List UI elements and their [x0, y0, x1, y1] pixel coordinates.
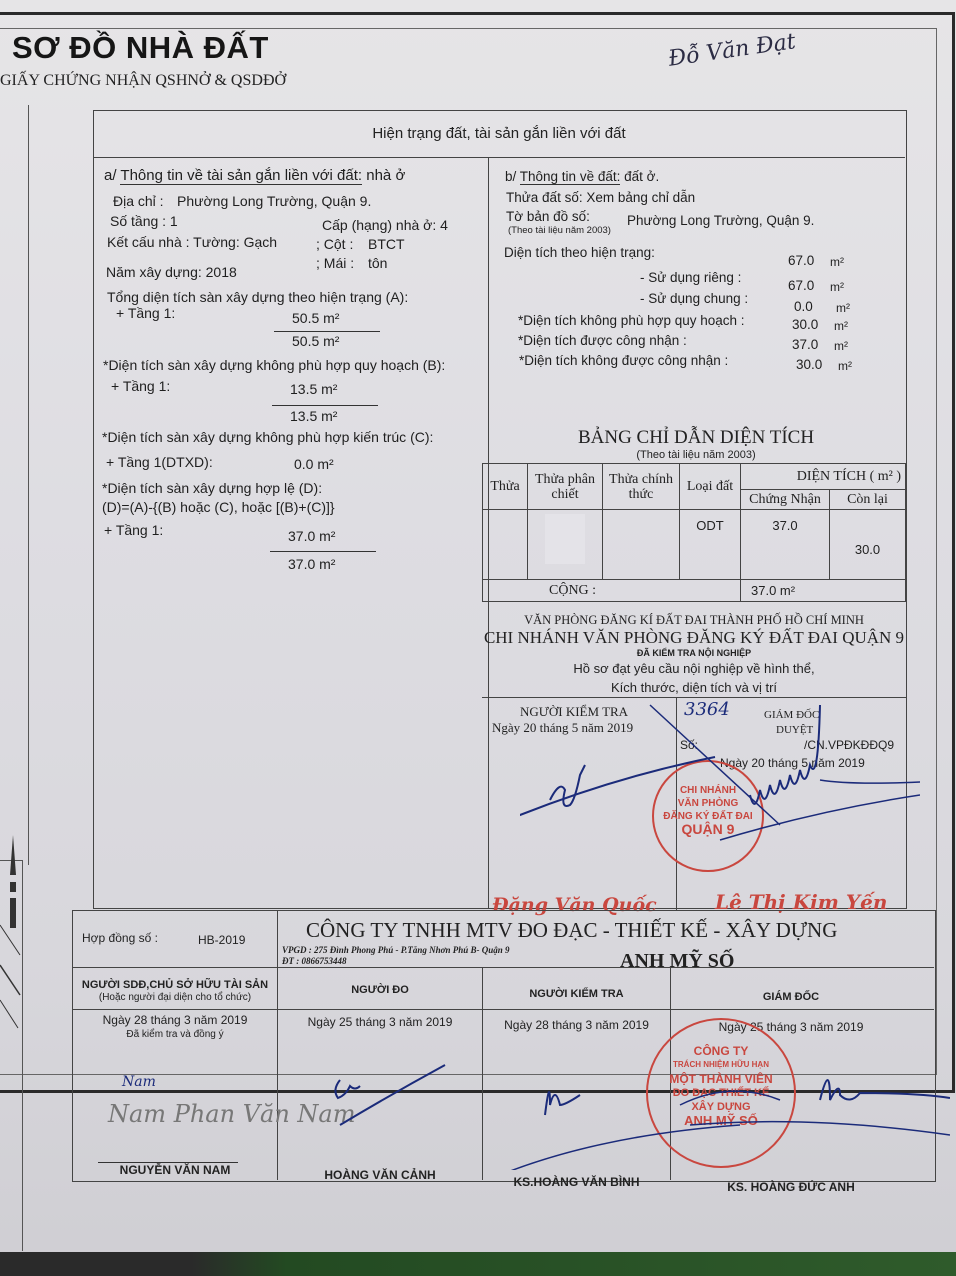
section-b-heading-value: đất ở.	[624, 169, 659, 184]
office-name-city: VĂN PHÒNG ĐĂNG KÍ ĐẤT ĐAI THÀNH PHỐ HỒ C…	[482, 613, 906, 628]
sig-col-surveyor-date: Ngày 25 tháng 3 năm 2019	[278, 1015, 482, 1029]
divider	[72, 1009, 934, 1010]
land-area-label: *Diện tích được công nhận :	[518, 333, 687, 348]
sig-col-surveyor-name: HOÀNG VĂN CẢNH	[278, 1168, 482, 1182]
map-sheet-note: (Theo tài liệu năm 2003)	[508, 225, 611, 236]
sum-line	[272, 405, 378, 406]
sig-col-owner-subtitle: (Hoặc người đại diện cho tổ chức)	[74, 992, 276, 1003]
contract-value: HB-2019	[198, 933, 245, 947]
company-address: VPGD : 275 Đình Phong Phú - P.Tăng Nhơn …	[282, 945, 509, 955]
b-area-label: *Diện tích sàn xây dựng không phù hợp qu…	[103, 357, 445, 373]
c-area-label: *Diện tích sàn xây dựng không phù hợp ki…	[102, 429, 433, 445]
owner-handwriting-top: Nam	[122, 1074, 156, 1090]
col-header-chung-nhan: Chứng Nhận	[741, 490, 830, 510]
d-area-label: *Diện tích sàn xây dựng hợp lệ (D):	[102, 480, 322, 496]
land-area-label: - Sử dụng chung :	[640, 291, 748, 306]
remaining-area-cell: 30.0	[830, 510, 906, 580]
area-index-subtitle: (Theo tài liệu năm 2003)	[490, 449, 902, 461]
land-status-header: Hiện trạng đất, tài sản gắn liền với đất	[93, 110, 905, 158]
total-floor1-value: 50.5 m²	[292, 310, 339, 326]
sig-col-inspector-date: Ngày 28 tháng 3 năm 2019	[483, 1018, 670, 1032]
map-sheet-value: Phường Long Trường, Quận 9.	[627, 213, 814, 228]
d-floor1-label: + Tầng 1:	[104, 522, 163, 538]
north-arrow-icon	[0, 830, 26, 1030]
contract-label: Hợp đồng số :	[82, 931, 158, 945]
owner-name-stroke	[98, 1162, 238, 1163]
land-area-label: Diện tích theo hiện trạng:	[504, 245, 655, 260]
col-header-loai-dat: Loại đất	[680, 464, 741, 510]
land-area-value: 67.0	[788, 253, 814, 268]
sig-col-owner-name: NGUYỄN VĂN NAM	[74, 1163, 276, 1177]
section-a-heading-value: nhà ở	[366, 167, 405, 184]
land-area-value: 67.0	[788, 278, 814, 293]
sig-col-director-name: KS. HOÀNG ĐỨC ANH	[671, 1180, 911, 1194]
d-formula: (D)=(A)-{(B) hoặc (C), hoặc [(B)+(C)]}	[102, 499, 335, 515]
house-grade: Cấp (hạng) nhà ở: 4	[322, 217, 448, 233]
sig-col-owner-date: Ngày 28 tháng 3 năm 2019	[74, 1013, 276, 1027]
section-b-heading: b/ Thông tin về đất: đất ở.	[505, 169, 659, 184]
col-header-con-lai: Còn lại	[830, 490, 906, 510]
parcel-number: Thửa đất số: Xem bảng chỉ dẫn	[506, 190, 695, 205]
d-floor1-value: 37.0 m²	[288, 528, 335, 544]
land-area-unit: m²	[838, 359, 852, 373]
map-sheet-label: Tờ bản đồ số:	[506, 209, 590, 224]
address-value: Phường Long Trường, Quận 9.	[177, 193, 371, 209]
document-title: SƠ ĐỒ NHÀ ĐẤT	[12, 30, 269, 66]
background-edge	[0, 1252, 956, 1276]
document-subtitle: GIẤY CHỨNG NHẬN QSHNỞ & QSDĐỞ	[0, 72, 286, 90]
land-area-unit: m²	[830, 280, 844, 294]
section-b-heading-label: Thông tin về đất:	[520, 169, 621, 185]
total-label: CỘNG :	[483, 580, 741, 602]
total-area-label: Tổng diện tích sàn xây dựng theo hiện tr…	[107, 289, 408, 305]
structure-wall: Kết cấu nhà : Tường: Gạch	[107, 234, 277, 250]
sig-col-inspector-title: NGƯỜI KIỂM TRA	[483, 988, 670, 1000]
land-area-unit: m²	[834, 339, 848, 353]
internal-check-note-1: Hồ sơ đạt yêu cầu nội nghiệp về hình thể…	[482, 661, 906, 676]
b-floor1-value: 13.5 m²	[290, 381, 337, 397]
structure-column-value: BTCT	[368, 236, 405, 252]
sum-line	[274, 331, 380, 332]
land-area-value: 30.0	[796, 357, 822, 372]
company-name-2: ANH MỸ SỐ	[620, 950, 734, 973]
divider	[72, 967, 934, 968]
office-signatures-icon	[520, 700, 920, 870]
company-name: CÔNG TY TNHH MTV ĐO ĐẠC - THIẾT KẾ - XÂY…	[306, 918, 837, 943]
land-area-unit: m²	[830, 255, 844, 269]
section-a-heading-label: Thông tin về tài sản gắn liền với đất:	[120, 167, 362, 185]
total-sum: 50.5 m²	[292, 333, 339, 349]
col-header-dien-tich: DIỆN TÍCH ( m² )	[741, 464, 906, 490]
land-area-label: - Sử dụng riêng :	[640, 270, 741, 285]
company-signatures-icon	[270, 1060, 950, 1170]
land-area-unit: m²	[834, 319, 848, 333]
area-index-title: BẢNG CHỈ DẪN DIỆN TÍCH	[490, 427, 902, 449]
floors-count: Số tầng : 1	[110, 213, 178, 229]
office-name-branch: CHI NHÁNH VĂN PHÒNG ĐĂNG KÝ ĐẤT ĐAI QUẬN…	[482, 628, 906, 648]
table-row: ODT 37.0 30.0	[483, 510, 906, 580]
land-area-value: 37.0	[792, 337, 818, 352]
land-area-value: 0.0	[794, 299, 813, 314]
sum-line	[270, 551, 376, 552]
land-area-unit: m²	[836, 301, 850, 315]
site-drawing-strip	[0, 105, 29, 865]
company-phone: ĐT : 0866753448	[282, 956, 347, 966]
b-floor1-label: + Tầng 1:	[111, 378, 170, 394]
sig-col-owner-note: Đã kiểm tra và đồng ý	[74, 1029, 276, 1040]
section-a-heading: a/ Thông tin về tài sản gắn liền với đất…	[104, 167, 405, 184]
internal-check-note-2: Kích thước, diện tích và vị trí	[482, 680, 906, 695]
land-area-label: *Diện tích không phù hợp quy hoạch :	[518, 313, 745, 328]
land-area-value: 30.0	[792, 317, 818, 332]
c-floor1-value: 0.0 m²	[294, 456, 334, 472]
certified-area-cell: 37.0	[741, 510, 830, 580]
total-value: 37.0 m²	[741, 580, 906, 602]
sig-col-owner-title: NGƯỜI SDĐ,CHỦ SỞ HỮU TÀI SẢN	[74, 979, 276, 991]
divider	[482, 697, 906, 698]
sig-col-director-title: GIÁM ĐỐC	[671, 991, 911, 1003]
structure-roof-value: tôn	[368, 255, 387, 271]
redacted-block	[545, 514, 585, 564]
col-header-phan-chiet: Thửa phân chiết	[528, 464, 603, 510]
c-floor1-label: + Tầng 1(DTXD):	[106, 454, 213, 470]
structure-roof-label: ; Mái :	[316, 255, 354, 271]
structure-column-label: ; Cột :	[316, 236, 353, 252]
total-floor1-label: + Tầng 1:	[116, 305, 175, 321]
land-type-cell: ODT	[680, 510, 741, 580]
col-header-thua: Thửa	[483, 464, 528, 510]
internal-check-label: ĐÃ KIỂM TRA NỘI NGHIỆP	[482, 648, 906, 658]
sig-col-surveyor-title: NGƯỜI ĐO	[278, 984, 482, 996]
land-area-label: *Diện tích không được công nhận :	[519, 353, 728, 368]
address-label: Địa chỉ :	[113, 193, 164, 209]
area-index-table: Thửa Thửa phân chiết Thửa chính thức Loạ…	[482, 463, 906, 602]
b-sum: 13.5 m²	[290, 408, 337, 424]
sig-col-inspector-name: KS.HOÀNG VĂN BÌNH	[483, 1175, 670, 1189]
construction-year: Năm xây dựng: 2018	[106, 264, 237, 280]
col-header-chinh-thuc: Thửa chính thức	[603, 464, 680, 510]
d-sum: 37.0 m²	[288, 556, 335, 572]
